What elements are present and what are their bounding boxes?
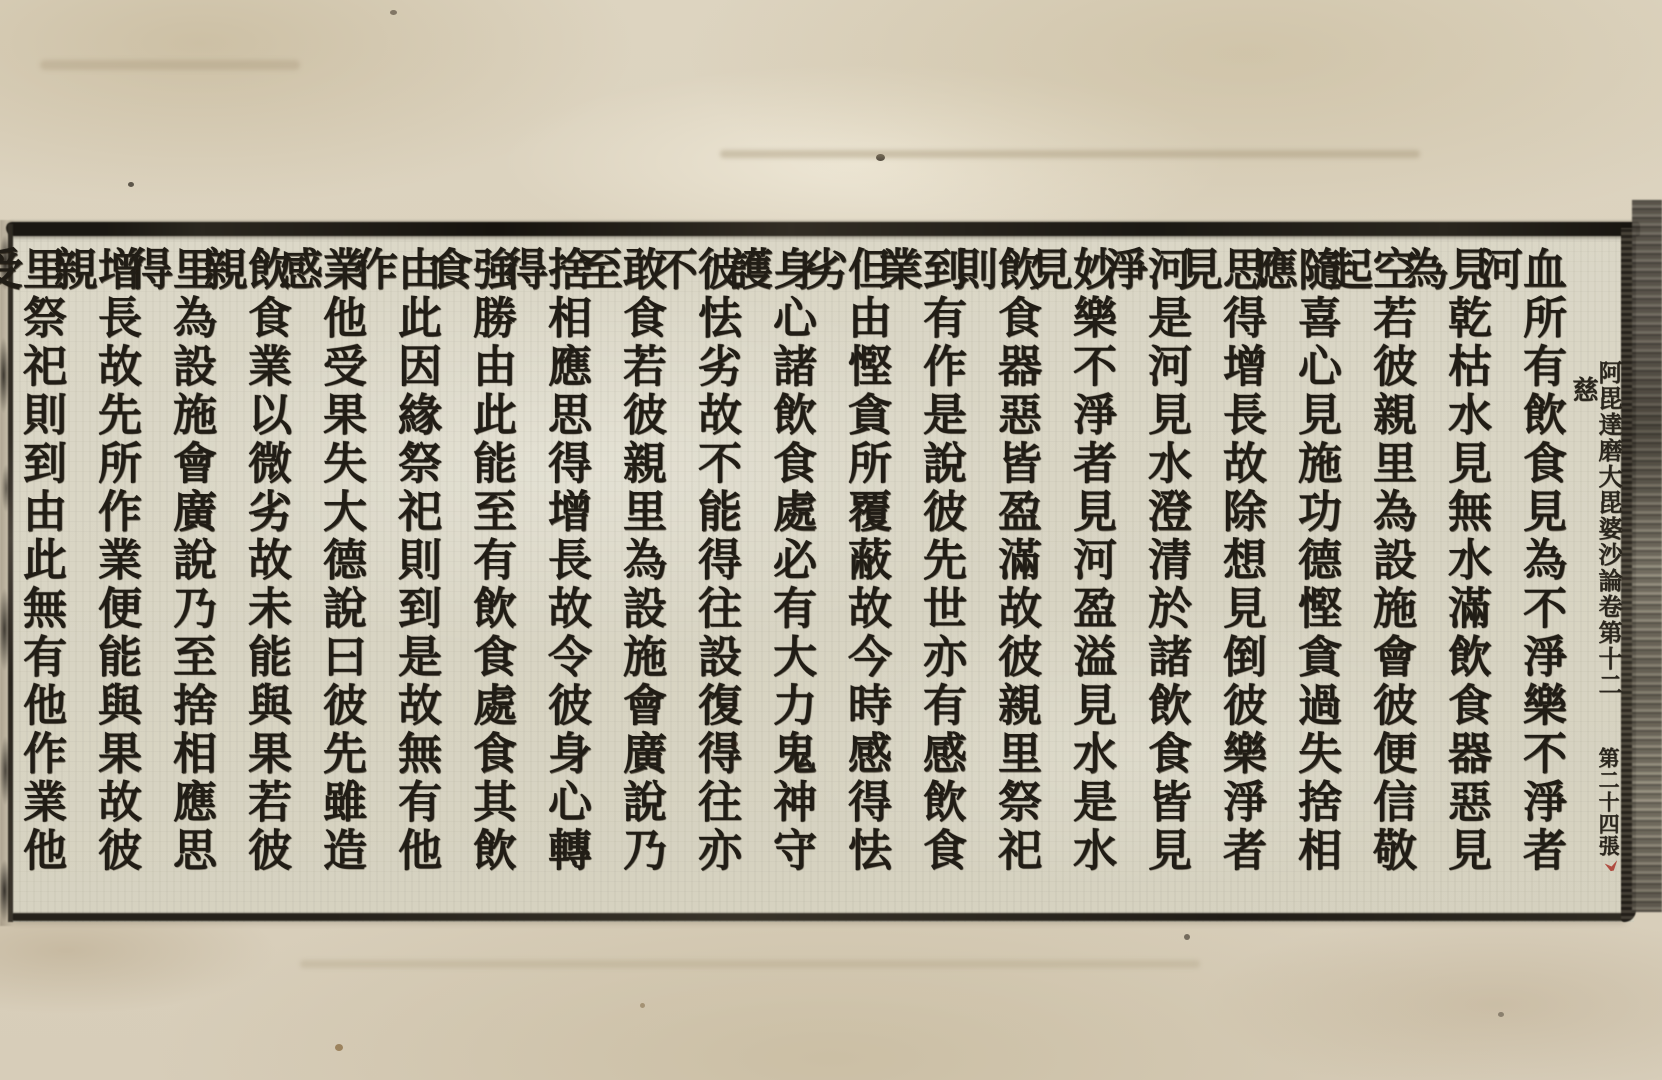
paper-streak	[40, 60, 300, 70]
text-column: 飲食器惡皆盈滿故彼親里祭祀則	[970, 240, 1037, 918]
ink-speck	[1184, 934, 1190, 940]
text-column: 空若彼親里為設施會彼便信敬起	[1345, 240, 1412, 918]
text-column: 思得增長故除想見倒彼樂淨者見	[1195, 240, 1262, 918]
text-column: 里祭祀則到由此無有他作業他受	[0, 240, 62, 918]
text-column: 彼怯劣故不能得往設復得往亦不	[670, 240, 737, 918]
foxing-spot	[335, 1044, 343, 1051]
text-column: 由此因緣祭祀則到是故無有他作	[370, 240, 437, 918]
text-column: 捨相應思得增長故令彼身心轉得	[520, 240, 587, 918]
text-column: 業他受果失大德說曰彼先雖造感	[295, 240, 362, 918]
text-column: 飲食業以微劣故未能與果若彼親	[220, 240, 287, 918]
title-column: 阿毘達磨大毘婆沙論卷第十二 第二十四張 慈	[1562, 240, 1620, 918]
scroll-title: 阿毘達磨大毘婆沙論卷第十二	[1594, 360, 1623, 698]
text-column: 妙樂不淨者見河盈溢見水是水見	[1045, 240, 1112, 918]
ink-speck	[128, 182, 134, 187]
frame-border-top	[6, 222, 1640, 236]
text-column: 增長故先所作業便能與果故彼親	[70, 240, 137, 918]
text-column: 血所有飲食見為不淨樂不淨者河	[1495, 240, 1562, 918]
text-column: 強勝由此能至有飲食處食其飲食	[445, 240, 512, 918]
ink-speck	[731, 741, 738, 747]
ink-speck	[390, 10, 397, 15]
paper-streak	[720, 150, 1420, 158]
text-block: 阿毘達磨大毘婆沙論卷第十二 第二十四張 慈 血所有飲食見為不淨樂不淨者河 見乾枯…	[14, 240, 1620, 918]
text-column: 隨喜心見施功德慳貪過失捨相應	[1270, 240, 1337, 918]
paper-streak	[300, 960, 1200, 968]
text-column: 里為設施會廣說乃至捨相應思得	[145, 240, 212, 918]
sheet-number-label: 第二十四張	[1596, 747, 1621, 857]
right-edge-ink-band	[1632, 200, 1662, 912]
text-column: 敢食若彼親里為設施會廣說乃至	[595, 240, 662, 918]
collation-mark: 慈	[1568, 376, 1598, 404]
text-column: 河是河見水澄清於諸飲食皆見淨	[1120, 240, 1187, 918]
foxing-spot	[1498, 1012, 1504, 1017]
scanned-sutra-page: 阿毘達磨大毘婆沙論卷第十二 第二十四張 慈 血所有飲食見為不淨樂不淨者河 見乾枯…	[0, 0, 1662, 1080]
text-column: 身心諸飲食處必有大力鬼神守護	[745, 240, 812, 918]
text-column: 但由慳貪所覆蔽故今時感得怯劣	[820, 240, 887, 918]
text-column: 見乾枯水見無水滿飲食器惡見為	[1420, 240, 1487, 918]
foxing-spot	[640, 1003, 645, 1008]
text-column: 到有作是說彼先世亦有感飲食業	[895, 240, 962, 918]
